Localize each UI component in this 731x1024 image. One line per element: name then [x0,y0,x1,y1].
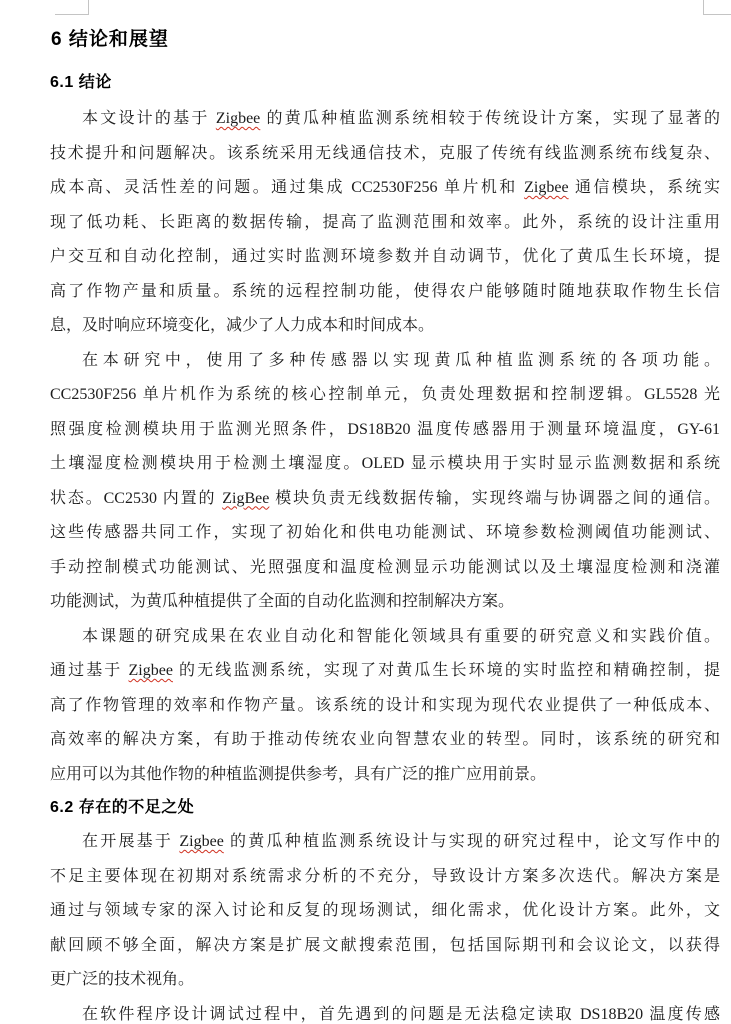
paragraph: 在开展基于 Zigbee 的黄瓜种植监测系统设计与实现的研究过程中，论文写作中的… [50,825,720,998]
text-line: 户交互和自动化控制，通过实时监测环境参数并自动调节，优化了黄瓜生长环境，提 [50,240,720,275]
text-line: 在开展基于 Zigbee 的黄瓜种植监测系统设计与实现的研究过程中，论文写作中的 [50,825,720,860]
section-heading: 6.2 存在的不足之处 [50,798,720,818]
text-line: 通过基于 Zigbee 的无线监测系统，实现了对黄瓜生长环境的实时监控和精确控制… [50,654,720,689]
text-line: 在软件程序设计调试过程中，首先遇到的问题是无法稳定读取 DS18B20 温度传感 [50,998,720,1024]
spellcheck-word: Zigbee [129,662,173,679]
text-line: 这些传感器共同工作，实现了初始化和供电功能测试、环境参数检测阈值功能测试、 [50,516,720,551]
chapter-heading: 6 结论和展望 [51,29,720,50]
text-line: 不足主要体现在初期对系统需求分析的不充分，导致设计方案多次迭代。解决方案是 [50,860,720,895]
text-line: 应用可以为其他作物的种植监测提供参考，具有广泛的推广应用前景。 [50,758,720,793]
spellcheck-word: Zigbee [179,833,223,850]
text-line: 状态。CC2530 内置的 ZigBee 模块负责无线数据传输，实现终端与协调器… [50,482,720,517]
section-heading: 6.1 结论 [50,73,720,93]
text-line: 现了低功耗、长距离的数据传输，提高了监测范围和效率。此外，系统的设计注重用 [50,206,720,241]
spellcheck-word: Zigbee [524,179,568,196]
text-line: 本文设计的基于 Zigbee 的黄瓜种植监测系统相较于传统设计方案，实现了显著的 [50,102,720,137]
text-line: 本课题的研究成果在农业自动化和智能化领域具有重要的研究意义和实践价值。 [50,620,720,655]
text-line: 成本高、灵活性差的问题。通过集成 CC2530F256 单片机和 Zigbee … [50,171,720,206]
text-line: 更广泛的技术视角。 [50,963,720,998]
paragraph: 在软件程序设计调试过程中，首先遇到的问题是无法稳定读取 DS18B20 温度传感 [50,998,720,1024]
text-line: 功能测试，为黄瓜种植提供了全面的自动化监测和控制解决方案。 [50,585,720,620]
text-line: 照强度检测模块用于监测光照条件，DS18B20 温度传感器用于测量环境温度，GY… [50,413,720,448]
text-line: 高了作物产量和质量。系统的远程控制功能，使得农户能够随时随地获取作物生长信 [50,275,720,310]
text-line: 通过与领域专家的深入讨论和反复的现场测试，细化需求，优化设计方案。此外，文 [50,894,720,929]
paragraph: 在本研究中，使用了多种传感器以实现黄瓜种植监测系统的各项功能。CC2530F25… [50,344,720,620]
paragraph: 本课题的研究成果在农业自动化和智能化领域具有重要的研究意义和实践价值。通过基于 … [50,620,720,793]
text-line: 手动控制模式功能测试、光照强度和温度检测显示功能测试以及土壤湿度检测和浇灌 [50,551,720,586]
text-line: 献回顾不够全面，解决方案是扩展文献搜索范围，包括国际期刊和会议论文，以获得 [50,929,720,964]
text-line: 技术提升和问题解决。该系统采用无线通信技术，克服了传统有线监测系统布线复杂、 [50,137,720,172]
text-area: 6 结论和展望 6.1 结论本文设计的基于 Zigbee 的黄瓜种植监测系统相较… [50,0,720,1024]
text-line: CC2530F256 单片机作为系统的核心控制单元，负责处理数据和控制逻辑。GL… [50,378,720,413]
document-page: 6 结论和展望 6.1 结论本文设计的基于 Zigbee 的黄瓜种植监测系统相较… [0,0,731,1024]
paragraph: 本文设计的基于 Zigbee 的黄瓜种植监测系统相较于传统设计方案，实现了显著的… [50,102,720,344]
text-line: 息，及时响应环境变化，减少了人力成本和时间成本。 [50,309,720,344]
text-line: 高了作物管理的效率和作物产量。该系统的设计和实现为现代农业提供了一种低成本、 [50,689,720,724]
spellcheck-word: ZigBee [222,490,269,507]
text-line: 高效率的解决方案，有助于推动传统农业向智慧农业的转型。同时，该系统的研究和 [50,723,720,758]
text-line: 土壤湿度检测模块用于检测土壤湿度。OLED 显示模块用于实时显示监测数据和系统 [50,447,720,482]
text-line: 在本研究中，使用了多种传感器以实现黄瓜种植监测系统的各项功能。 [50,344,720,379]
spellcheck-word: Zigbee [216,110,260,127]
sections-container: 6.1 结论本文设计的基于 Zigbee 的黄瓜种植监测系统相较于传统设计方案，… [50,73,720,1024]
